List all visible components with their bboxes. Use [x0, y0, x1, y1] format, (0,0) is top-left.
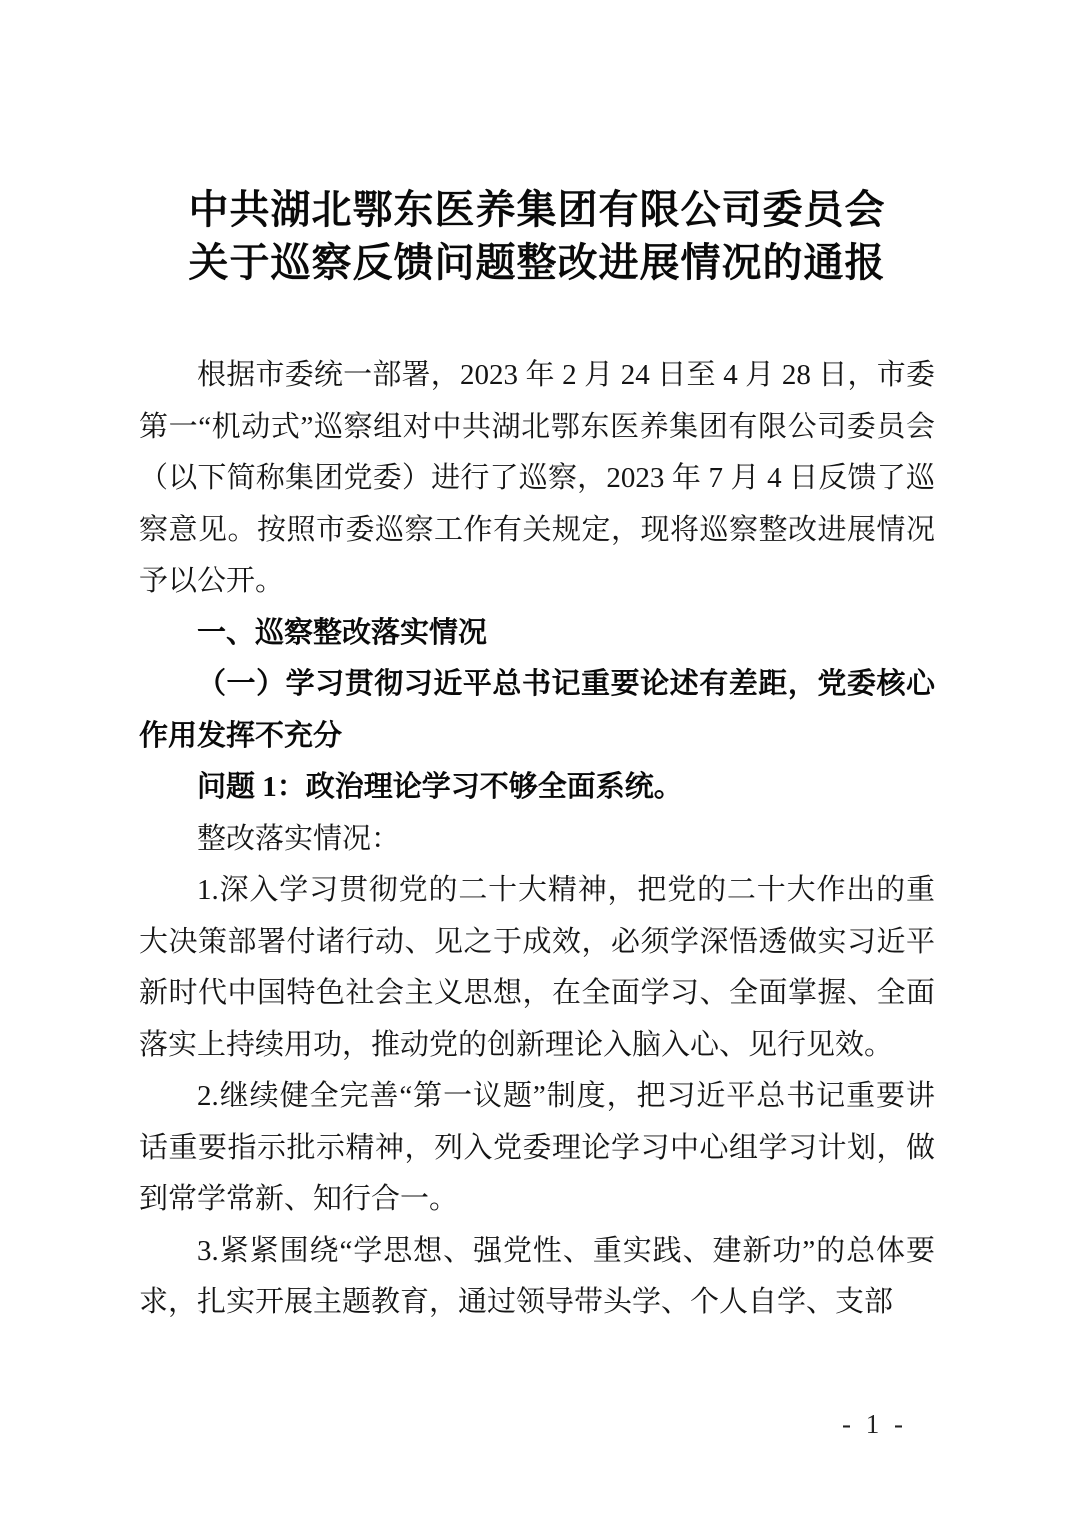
page-number: - 1 - [842, 1408, 907, 1440]
intro-paragraph: 根据市委统一部署，2023 年 2 月 24 日至 4 月 28 日，市委第一“… [139, 350, 935, 608]
problem-1-heading: 问题 1：政治理论学习不够全面系统。 [139, 762, 935, 814]
subsection-heading-one: （一）学习贯彻习近平总书记重要论述有差距，党委核心作用发挥不充分 [139, 659, 935, 762]
rectification-item-2: 2.继续健全完善“第一议题”制度，把习近平总书记重要讲话重要指示批示精神，列入党… [139, 1071, 935, 1226]
document-title-line-2: 关于巡察反馈问题整改进展情况的通报 [189, 240, 886, 285]
document-title-line-1: 中共湖北鄂东医养集团有限公司委员会 [189, 187, 886, 232]
document-title: 中共湖北鄂东医养集团有限公司委员会 关于巡察反馈问题整改进展情况的通报 [0, 183, 1074, 289]
rectification-item-1: 1.深入学习贯彻党的二十大精神，把党的二十大作出的重大决策部署付诸行动、见之于成… [139, 865, 935, 1071]
section-heading-rectification-status: 一、巡察整改落实情况 [139, 608, 935, 660]
document-body: 根据市委统一部署，2023 年 2 月 24 日至 4 月 28 日，市委第一“… [139, 350, 935, 1329]
rectification-status-label: 整改落实情况： [139, 814, 935, 866]
rectification-item-3: 3.紧紧围绕“学思想、强党性、重实践、建新功”的总体要求，扎实开展主题教育，通过… [139, 1226, 935, 1329]
document-page: 中共湖北鄂东医养集团有限公司委员会 关于巡察反馈问题整改进展情况的通报 根据市委… [0, 0, 1074, 1520]
